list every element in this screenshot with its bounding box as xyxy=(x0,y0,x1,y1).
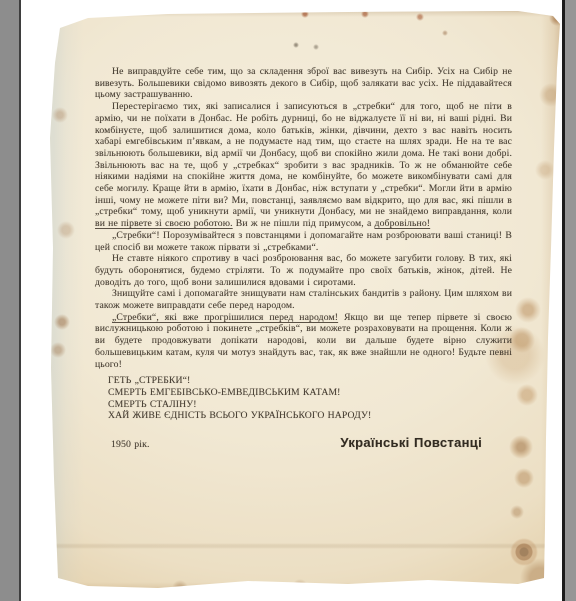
slogans-block: ГЕТЬ „СТРЕБКИ“! СМЕРТЬ ЕМГЕБІВСЬКО-ЕМВЕД… xyxy=(108,375,512,422)
paragraph-text: „Стребки“! Порозумівайтеся з повстанцями… xyxy=(95,230,512,253)
leaflet-page: Не виправдуйте себе тим, що за складення… xyxy=(48,8,565,593)
slogan-line: ХАЙ ЖИВЕ ЄДНІСТЬ ВСЬОГО УКРАЇНСЬКОГО НАР… xyxy=(108,410,512,422)
paragraph-text: Не ставте ніякого спротиву в часі розбро… xyxy=(95,253,512,287)
body-paragraph: Знищуйте самі і допомагайте знищувати на… xyxy=(95,288,512,311)
slogan-line: ГЕТЬ „СТРЕБКИ“! xyxy=(108,375,512,387)
body-paragraph: Не ставте ніякого спротиву в часі розбро… xyxy=(95,253,512,288)
scan-background: Не виправдуйте себе тим, що за складення… xyxy=(0,0,576,601)
slogan-line: СМЕРТЬ СТАЛІНУ! xyxy=(108,399,512,411)
paragraph-text: Перестерігаємо тих, які записалися і зап… xyxy=(95,101,512,217)
paragraph-text: Знищуйте самі і допомагайте знищувати на… xyxy=(95,288,512,311)
leaflet-text-block: Не виправдуйте себе тим, що за складення… xyxy=(95,66,512,451)
underlined-phrase: ви не пірвете зі своєю роботою. xyxy=(95,218,233,229)
slogan-line: СМЕРТЬ ЕМГЕБІВСЬКО-ЕМВЕДІВСЬКИМ КАТАМ! xyxy=(108,387,512,399)
body-paragraph: Не виправдуйте себе тим, що за складення… xyxy=(95,66,512,101)
body-paragraph: Перестерігаємо тих, які записалися і зап… xyxy=(95,101,512,230)
scanner-bed-strip-right xyxy=(562,0,576,601)
paragraph-text: Не виправдуйте себе тим, що за складення… xyxy=(95,66,512,100)
body-paragraph: „Стребки“! Порозумівайтеся з повстанцями… xyxy=(95,230,512,253)
signature: Українські Повстанці xyxy=(340,437,482,449)
footer-row: 1950 рік. Українські Повстанці xyxy=(95,437,512,451)
scanner-bed-strip-left xyxy=(0,0,21,601)
underlined-phrase: добровільно! xyxy=(375,218,431,229)
underlined-phrase: „Стребки“, які вже прогрішилися перед на… xyxy=(112,312,338,323)
paragraph-text: Ви ж не пішли під примусом, а xyxy=(233,218,375,229)
year-label: 1950 рік. xyxy=(111,439,150,451)
body-paragraph: „Стребки“, які вже прогрішилися перед на… xyxy=(95,312,512,371)
